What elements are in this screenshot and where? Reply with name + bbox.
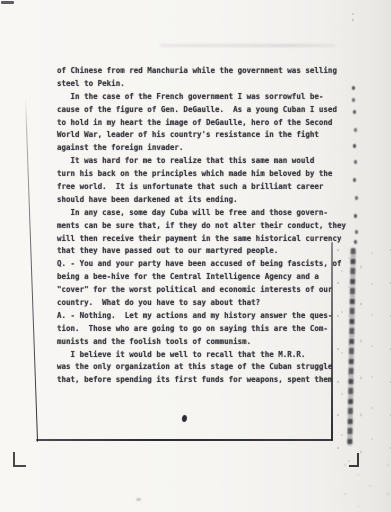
text-line: World War, leader of his country's resis… (57, 129, 377, 142)
page-number-mark (181, 415, 187, 423)
text-line: In any case, some day Cuba will be free … (57, 207, 377, 220)
text-line: country. What do you have to say about t… (57, 297, 377, 310)
text-line: cause of the figure of Gen. DeGaulle. As… (57, 104, 377, 117)
text-line: to hold in my heart the image of DeGaull… (57, 117, 377, 130)
text-line: that, before spending its first funds fo… (57, 374, 377, 387)
text-line: will then receive their payment in the s… (57, 233, 377, 246)
text-line: "cover" for the worst political and econ… (57, 284, 377, 297)
document-page: of Chinese from red Manchuria while the … (0, 0, 391, 512)
text-line: tion. Those who are going to go on sayin… (57, 323, 377, 336)
scan-frame-bottom-line (36, 439, 333, 441)
typewritten-lines: of Chinese from red Manchuria while the … (57, 65, 377, 387)
text-line: against the foreign invader. (57, 142, 377, 155)
text-line: of Chinese from red Manchuria while the … (57, 65, 377, 78)
text-line: I believe it would be well to recall tha… (57, 349, 377, 362)
text-line: was the only organization at this stage … (57, 361, 377, 374)
faint-smudge (160, 44, 335, 47)
text-line: turn his back on the principles which ma… (57, 168, 377, 181)
text-line: being a bee-hive for the Central Intelli… (57, 271, 377, 284)
top-right-speck (351, 12, 355, 22)
bottom-right-noise (336, 458, 391, 512)
text-line: ments can be sure that, if they do not a… (57, 220, 377, 233)
bottom-speck (136, 498, 141, 501)
corner-dash-mark (1, 1, 14, 4)
text-line: It was hard for me to realize that this … (57, 155, 377, 168)
text-line: In the case of the French government I w… (57, 91, 377, 104)
text-line: A. - Nothing. Let my actions and my hist… (57, 310, 377, 323)
text-line: free world. It is unfortunate that such … (57, 181, 377, 194)
text-line: should have been darkened at its ending. (57, 194, 377, 207)
scan-frame-left-line (25, 97, 38, 442)
corner-bracket-bottom-left (13, 452, 26, 467)
corner-bracket-bottom-right (349, 453, 359, 467)
text-line: steel to Pekin. (57, 78, 377, 91)
binding-hole-marks (352, 86, 355, 90)
right-edge-noise (330, 244, 391, 466)
text-line: Q. - You and your party have been accuse… (57, 258, 377, 271)
text-line: that they have passed out to our martyre… (57, 245, 377, 258)
text-line: munists and the foolish tools of communi… (57, 336, 377, 349)
